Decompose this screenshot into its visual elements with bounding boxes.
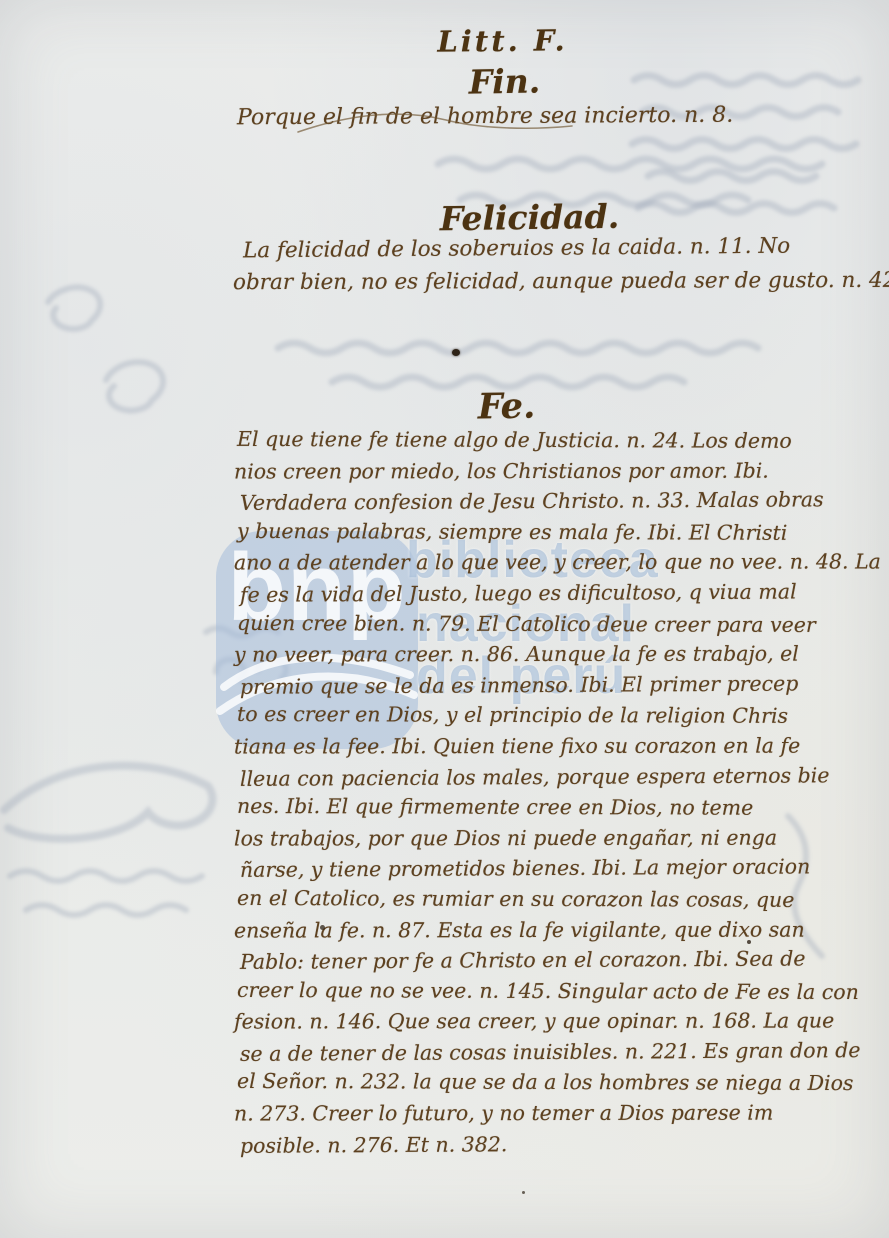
ink-speck bbox=[320, 925, 325, 930]
text-line: tiana es la fee. Ibi. Quien tiene fixo s… bbox=[234, 733, 858, 765]
text-line: Verdadera confesion de Jesu Christo. n. … bbox=[240, 487, 864, 521]
text-line: enseña la fe. n. 87. Esta es la fe vigil… bbox=[234, 917, 858, 949]
handwriting-layer: Litt. F. Fin. Porque el fin de el hombre… bbox=[0, 0, 889, 1238]
text-line: El que tiene fe tiene algo de Justicia. … bbox=[237, 427, 861, 460]
text-line: y no veer, para creer. n. 86. Aunque la … bbox=[234, 642, 858, 674]
letter-heading: Litt. F. bbox=[58, 19, 889, 62]
manuscript-page: bnp biblioteca nacional del perú Litt. F… bbox=[0, 0, 889, 1238]
text-line: ano a de atender a lo que vee, y creer, … bbox=[234, 550, 858, 582]
ink-speck bbox=[452, 349, 460, 356]
text-line: Pablo: tener por fe a Christo en el cora… bbox=[240, 946, 864, 980]
text-line: La felicidad de los soberuios es la caid… bbox=[243, 234, 790, 264]
text-line: y buenas palabras, siempre es mala fe. I… bbox=[237, 519, 861, 552]
text-line: fe es la vida del Justo, luego es dificu… bbox=[240, 579, 864, 613]
text-line: nes. Ibi. El que firmemente cree en Dios… bbox=[237, 794, 861, 827]
text-line: premio que se le da es inmenso. Ibi. El … bbox=[240, 671, 864, 705]
ink-speck bbox=[747, 940, 751, 944]
text-line: n. 273. Creer lo futuro, y no temer a Di… bbox=[234, 1101, 858, 1133]
text-line: nios creen por miedo, los Christianos po… bbox=[234, 458, 858, 490]
text-line: en el Catolico, es rumiar en su corazon … bbox=[237, 886, 861, 919]
text-line: el Señor. n. 232. la que se da a los hom… bbox=[237, 1069, 861, 1102]
pen-flourish bbox=[296, 108, 576, 138]
text-line: los trabajos, por que Dios ni puede enga… bbox=[234, 825, 858, 857]
section-heading-fin: Fin. bbox=[60, 54, 889, 109]
text-line: creer lo que no se vee. n. 145. Singular… bbox=[237, 978, 861, 1011]
text-line: quien cree bien. n. 79. El Catolico deue… bbox=[237, 610, 861, 643]
ink-speck bbox=[522, 1191, 525, 1194]
section-heading-fe: Fe. bbox=[62, 378, 889, 435]
text-line: obrar bien, no es felicidad, aunque pued… bbox=[233, 268, 889, 295]
text-line: fesion. n. 146. Que sea creer, y que opi… bbox=[234, 1009, 858, 1041]
text-line: lleua con paciencia los males, porque es… bbox=[240, 763, 864, 797]
text-line: to es creer en Dios, y el principio de l… bbox=[237, 702, 861, 735]
text-line: posible. n. 276. Et n. 382. bbox=[240, 1130, 864, 1164]
text-line: se a de tener de las cosas inuisibles. n… bbox=[240, 1038, 864, 1072]
fe-section-text: El que tiene fe tiene algo de Justicia. … bbox=[237, 428, 861, 1162]
text-line: ñarse, y tiene prometidos bienes. Ibi. L… bbox=[240, 854, 864, 888]
